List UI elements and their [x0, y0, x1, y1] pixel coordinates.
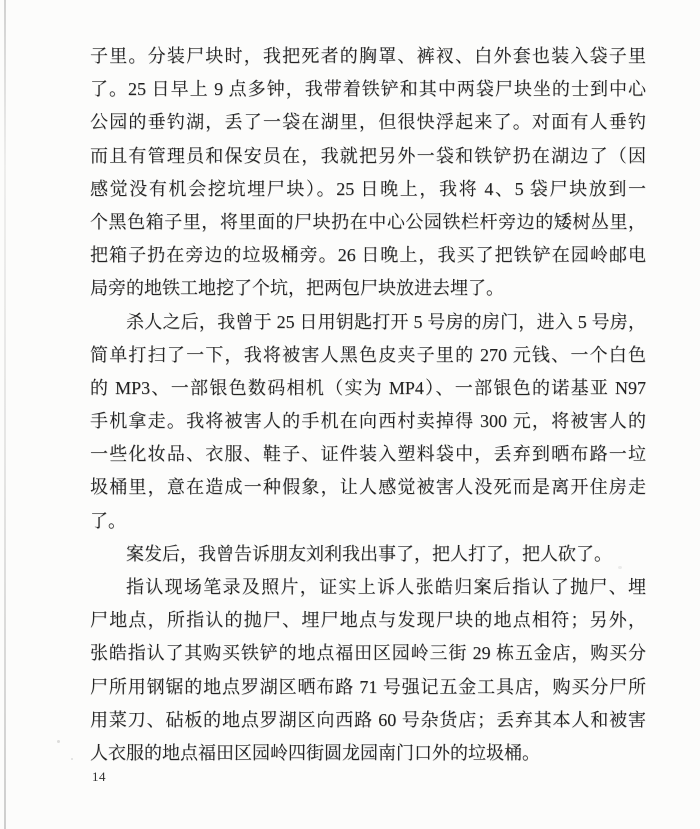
scanned-court-document-page: 子里。分装尸块时，我把死者的胸罩、裤衩、白外套也装入袋子里了。25 日早上 9 … — [0, 0, 700, 829]
text-line: 一些化妆品、衣服、鞋子、证件装入塑料袋中，丢弃到晒布路一垃 — [90, 438, 646, 471]
text-line: 用菜刀、砧板的地点罗湖区向西路 60 号杂货店；丢弃其本人和被害 — [90, 704, 646, 737]
text-line: 案发后，我曾告诉朋友刘利我出事了，把人打了，把人砍了。 — [90, 538, 646, 571]
scan-speck — [57, 740, 60, 743]
text-line: 尸地点，所指认的抛尸、埋尸地点与发现尸块的地点相符；另外， — [90, 604, 646, 637]
document-body: 子里。分装尸块时，我把死者的胸罩、裤衩、白外套也装入袋子里了。25 日早上 9 … — [90, 40, 646, 770]
text-line: 张皓指认了其购买铁铲的地点福田区园岭三街 29 栋五金店，购买分 — [90, 637, 646, 670]
text-line: 尸所用钢锯的地点罗湖区晒布路 71 号强记五金工具店，购买分尸所 — [90, 671, 646, 704]
text-line: 圾桶里，意在造成一种假象，让人感觉被害人没死而是离开住房走 — [90, 471, 646, 504]
text-line: 而且有管理员和保安员在，我就把另外一袋和铁铲扔在湖边了（因 — [90, 140, 646, 173]
text-line: 公园的垂钓湖，丢了一袋在湖里，但很快浮起来了。对面有人垂钓 — [90, 106, 646, 139]
text-line: 了。 — [90, 505, 646, 538]
text-line: 人衣服的地点福田区园岭四街圆龙园南门口外的垃圾桶。 — [90, 737, 646, 770]
text-line: 简单打扫了一下，我将被害人黑色皮夹子里的 270 元钱、一个白色 — [90, 339, 646, 372]
text-line: 的 MP3、一部银色数码相机（实为 MP4）、一部银色的诺基亚 N97 — [90, 372, 646, 405]
scan-edge-artifact — [4, 0, 6, 829]
text-line: 局旁的地铁工地挖了个坑，把两包尸块放进去埋了。 — [90, 272, 646, 305]
text-line: 指认现场笔录及照片，证实上诉人张皓归案后指认了抛尸、埋 — [90, 571, 646, 604]
text-line: 了。25 日早上 9 点多钟，我带着铁铲和其中两袋尸块坐的士到中心 — [90, 73, 646, 106]
text-line: 把箱子扔在旁边的垃圾桶旁。26 日晚上，我买了把铁铲在园岭邮电 — [90, 239, 646, 272]
text-line: 手机拿走。我将被害人的手机在向西村卖掉得 300 元，将被害人的 — [90, 405, 646, 438]
text-line: 子里。分装尸块时，我把死者的胸罩、裤衩、白外套也装入袋子里 — [90, 40, 646, 73]
scan-speck — [71, 758, 73, 760]
text-line: 感觉没有机会挖坑埋尸块）。25 日晚上，我将 4、5 袋尸块放到一 — [90, 173, 646, 206]
page-number: 14 — [92, 768, 106, 786]
text-line: 个黑色箱子里，将里面的尸块扔在中心公园铁栏杆旁边的矮树丛里， — [90, 206, 646, 239]
text-line: 杀人之后，我曾于 25 日用钥匙打开 5 号房的房门，进入 5 号房， — [90, 306, 646, 339]
